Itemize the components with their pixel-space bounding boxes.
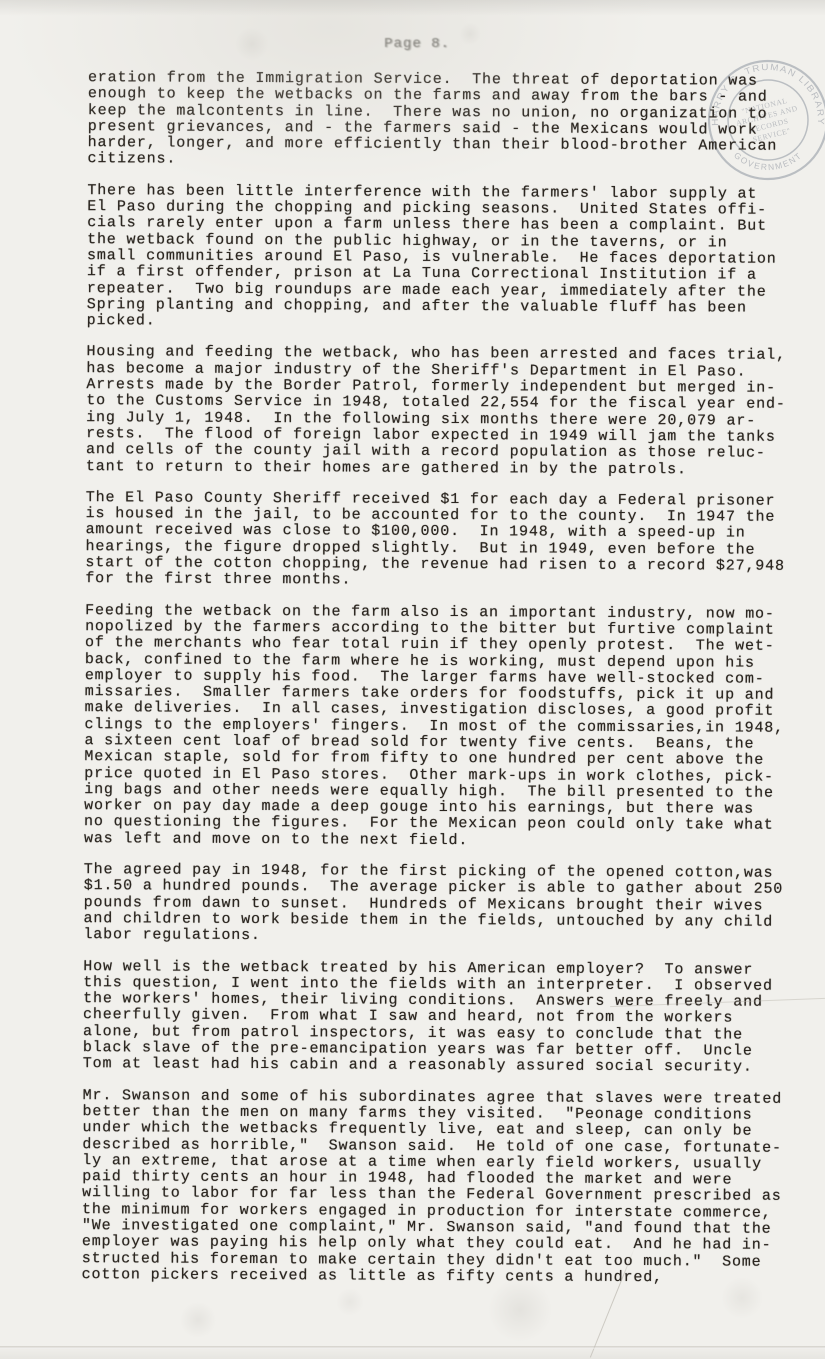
- page-number: Page 8.: [384, 36, 450, 52]
- paragraph: Mr. Swanson and some of his subordinates…: [82, 1088, 799, 1287]
- paragraph: eration from the Immigration Service. Th…: [87, 70, 804, 172]
- text-line: for the first three months.: [85, 571, 801, 591]
- paragraph: There has been little interference with …: [87, 183, 804, 333]
- document-body: eration from the Immigration Service. Th…: [82, 70, 804, 1302]
- paragraph: Housing and feeding the wetback, who has…: [86, 345, 803, 479]
- paragraph: How well is the wetback treated by his A…: [83, 959, 800, 1077]
- paragraph: The agreed pay in 1948, for the first pi…: [83, 862, 799, 947]
- scanned-page: Page 8. HARRY S. TRUMAN LIBRARY GOVERNME…: [0, 0, 825, 1359]
- paper-crease-bottom: [0, 1346, 825, 1349]
- paragraph: The El Paso County Sheriff received $1 f…: [85, 490, 802, 592]
- text-line: labor regulations.: [83, 927, 799, 947]
- paragraph: Feeding the wetback on the farm also is …: [84, 603, 801, 851]
- text-line: Tom at least had his cabin and a reasona…: [83, 1056, 799, 1076]
- text-line: citizens.: [87, 152, 803, 172]
